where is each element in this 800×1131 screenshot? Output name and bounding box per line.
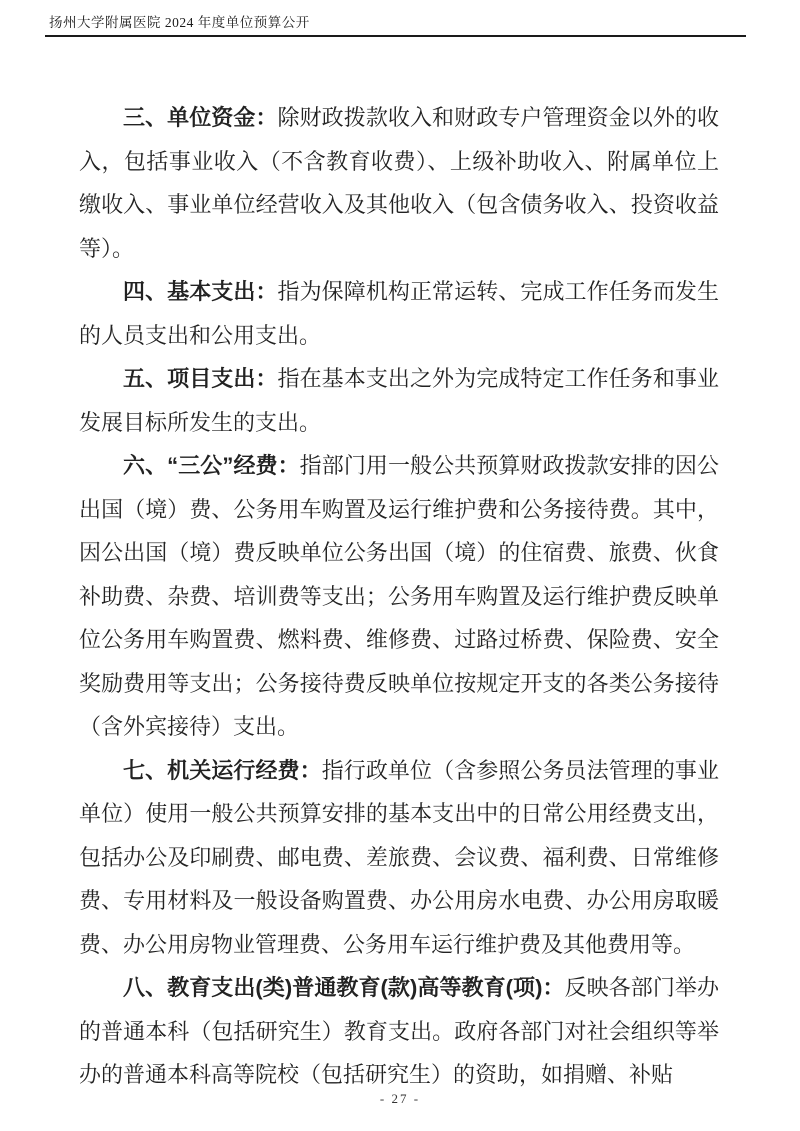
document-body: 三、单位资金：除财政拨款收入和财政专户管理资金以外的收入，包括事业收入（不含教育… [79,96,719,1097]
paragraph-lead: 四、基本支出： [123,279,278,304]
document-page: 扬州大学附属医院 2024 年度单位预算公开 三、单位资金：除财政拨款收入和财政… [0,0,800,1131]
paragraph: 七、机关运行经费：指行政单位（含参照公务员法管理的事业单位）使用一般公共预算安排… [79,749,719,967]
paragraph-lead: 五、项目支出： [123,366,278,391]
page-number: - 27 - [380,1091,420,1106]
paragraph: 五、项目支出：指在基本支出之外为完成特定工作任务和事业发展目标所发生的支出。 [79,357,719,444]
paragraph: 三、单位资金：除财政拨款收入和财政专户管理资金以外的收入，包括事业收入（不含教育… [79,96,719,270]
paragraph-text: 指部门用一般公共预算财政拨款安排的因公出国（境）费、公务用车购置及运行维护费和公… [79,453,719,739]
paragraph: 六、“三公”经费：指部门用一般公共预算财政拨款安排的因公出国（境）费、公务用车购… [79,444,719,749]
paragraph-lead: 七、机关运行经费： [123,758,322,783]
paragraph-text: 指行政单位（含参照公务员法管理的事业单位）使用一般公共预算安排的基本支出中的日常… [79,758,719,957]
header-title: 扬州大学附属医院 2024 年度单位预算公开 [49,11,746,31]
page-footer: - 27 - [0,1090,800,1108]
page-header: 扬州大学附属医院 2024 年度单位预算公开 [45,11,746,37]
paragraph-lead: 八、教育支出(类)普通教育(款)高等教育(项)： [123,975,565,1000]
paragraph: 四、基本支出：指为保障机构正常运转、完成工作任务而发生的人员支出和公用支出。 [79,270,719,357]
paragraph: 八、教育支出(类)普通教育(款)高等教育(项)：反映各部门举办的普通本科（包括研… [79,966,719,1097]
paragraph-lead: 六、“三公”经费： [123,453,300,478]
paragraph-lead: 三、单位资金： [123,105,278,130]
